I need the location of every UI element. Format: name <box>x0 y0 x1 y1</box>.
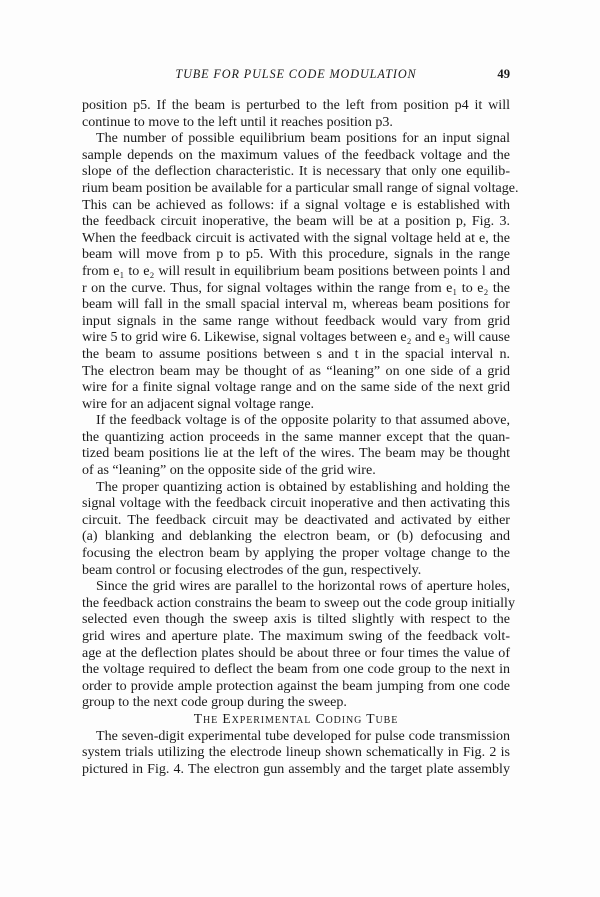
text-line: sample depends on the maximum values of … <box>82 147 510 164</box>
running-header: TUBE FOR PULSE CODE MODULATION 49 <box>82 67 510 85</box>
text-line: The proper quantizing action is obtained… <box>82 479 510 496</box>
text-line: position p5. If the beam is perturbed to… <box>82 97 510 114</box>
body-text: position p5. If the beam is perturbed to… <box>82 97 510 777</box>
text-line: tized beam positions lie at the left of … <box>82 445 510 462</box>
text-line: If the feedback voltage is of the opposi… <box>82 412 510 429</box>
running-title: TUBE FOR PULSE CODE MODULATION <box>82 67 510 82</box>
text-line: the quantizing action proceeds in the sa… <box>82 429 510 446</box>
text-line: the beam to assume positions between s a… <box>82 346 510 363</box>
text-line: circuit. The feedback circuit may be dea… <box>82 512 510 529</box>
page-number: 49 <box>497 67 510 82</box>
paragraph-quantizing-action: The proper quantizing action is obtained… <box>82 479 510 579</box>
text-line: wire for a finite signal voltage range a… <box>82 379 510 396</box>
text-line: The seven-digit experimental tube develo… <box>82 728 510 745</box>
text-line: signal voltage with the feedback circuit… <box>82 495 510 512</box>
paragraph-grid-wires: Since the grid wires are parallel to the… <box>82 578 510 711</box>
text-line: This can be achieved as follows: if a si… <box>82 197 510 214</box>
text-line: When the feedback circuit is activated w… <box>82 230 510 247</box>
text-line: beam control or focusing electrodes of t… <box>82 562 510 579</box>
text-line: system trials utilizing the electrode li… <box>82 744 510 761</box>
text-line: input signals in the same range without … <box>82 313 510 330</box>
text-line: beam will move from p to p5. With this p… <box>82 246 510 263</box>
paragraph-continuation: position p5. If the beam is perturbed to… <box>82 97 510 130</box>
text-line: focusing the electron beam by applying t… <box>82 545 510 562</box>
text-line: the voltage required to deflect the beam… <box>82 661 510 678</box>
text-line: continue to move to the left until it re… <box>82 114 510 131</box>
text-line: selected even though the sweep axis is t… <box>82 611 510 628</box>
text-line: the feedback circuit inoperative, the be… <box>82 213 510 230</box>
text-line: beam will fall in the small spacial inte… <box>82 296 510 313</box>
paragraph-opposite-polarity: If the feedback voltage is of the opposi… <box>82 412 510 478</box>
text-line: wire 5 to grid wire 6. Likewise, signal … <box>82 329 510 346</box>
section-heading: The Experimental Coding Tube <box>82 711 510 728</box>
text-line: rium beam position be available for a pa… <box>82 180 510 197</box>
paragraph-experimental-tube: The seven-digit experimental tube develo… <box>82 728 510 778</box>
text-line: the feedback action constrains the beam … <box>82 595 510 612</box>
text-line: age at the deflection plates should be a… <box>82 645 510 662</box>
text-line: r on the curve. Thus, for signal voltage… <box>82 280 510 297</box>
text-line: order to provide ample protection agains… <box>82 678 510 695</box>
text-line: (a) blanking and deblanking the electron… <box>82 528 510 545</box>
paragraph-equilibrium-positions: The number of possible equilibrium beam … <box>82 130 510 412</box>
text-line: wire for an adjacent signal voltage rang… <box>82 396 510 413</box>
text-line: pictured in Fig. 4. The electron gun ass… <box>82 761 510 778</box>
text-line: from e₁ to e₂ will result in equilibrium… <box>82 263 510 280</box>
text-line: The electron beam may be thought of as “… <box>82 363 510 380</box>
text-line: group to the next code group during the … <box>82 694 510 711</box>
text-line: slope of the deflection characteristic. … <box>82 163 510 180</box>
text-line: Since the grid wires are parallel to the… <box>82 578 510 595</box>
text-line: grid wires and aperture plate. The maxim… <box>82 628 510 645</box>
text-line: The number of possible equilibrium beam … <box>82 130 510 147</box>
text-line: of as “leaning” on the opposite side of … <box>82 462 510 479</box>
